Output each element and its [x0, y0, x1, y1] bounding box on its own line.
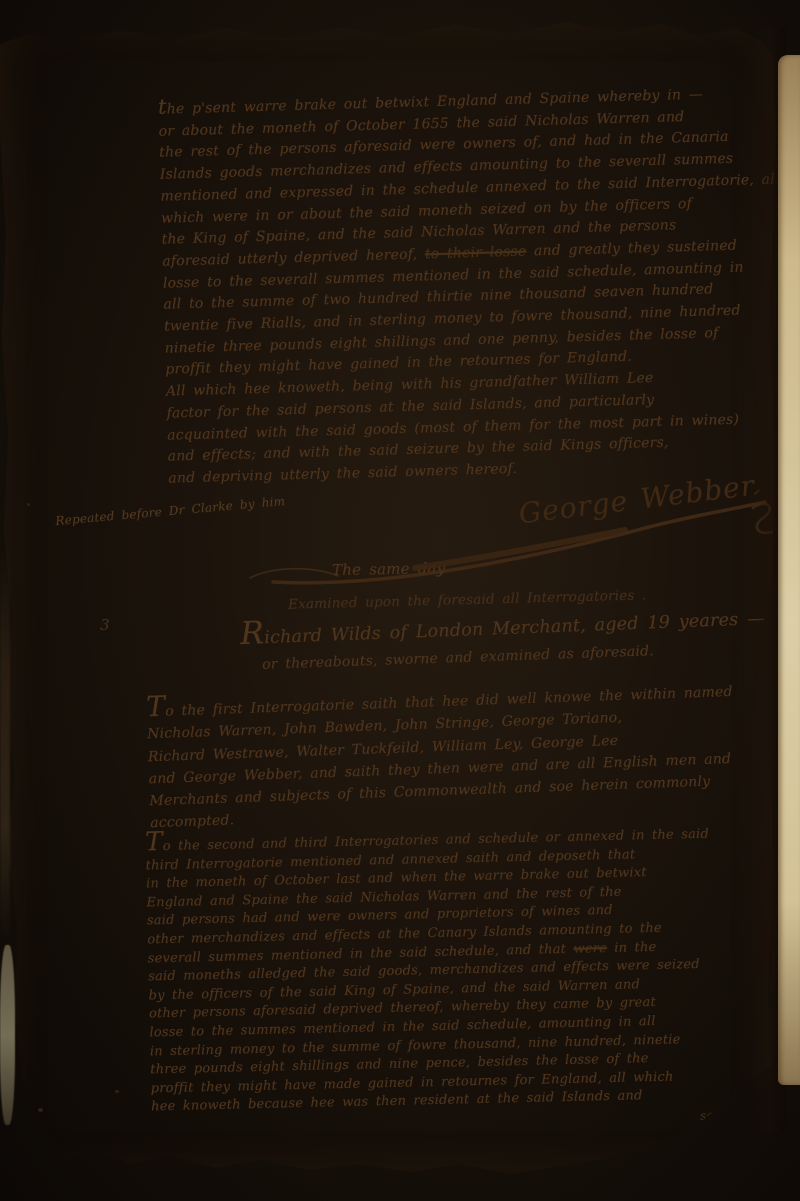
deposition-paragraph-2: To the first Interrogatorie saith that h…: [146, 676, 737, 835]
deponent-heading-continued: or thereabouts, sworne and examined as a…: [262, 643, 654, 673]
crossed-out-text: to their losse: [425, 243, 527, 262]
ink-speck: [61, 1152, 65, 1156]
ink-speck: [115, 1090, 119, 1093]
deposition-paragraph-1: the p'sent warre brake out betwixt Engla…: [158, 79, 788, 490]
deposition-paragraph-3: To the second and third Interrogatories …: [145, 820, 715, 1118]
catchword: saw: [700, 1107, 725, 1123]
crossed-out-text: were: [573, 941, 607, 957]
margin-section-number: 3: [100, 616, 110, 634]
photograph-background: the p'sent warre brake out betwixt Engla…: [0, 0, 800, 1201]
binding-edge-wear: [0, 945, 15, 1125]
signature-flourish: [265, 490, 780, 590]
ink-speck: [38, 1108, 43, 1112]
binding-edge-wear: [0, 545, 10, 945]
manuscript-page: the p'sent warre brake out betwixt Engla…: [0, 14, 778, 1179]
ink-speck: [27, 503, 30, 506]
margin-note-repeated: Repeated before Dr Clarke by him: [55, 494, 286, 528]
adjacent-page-edge: [778, 55, 800, 1085]
